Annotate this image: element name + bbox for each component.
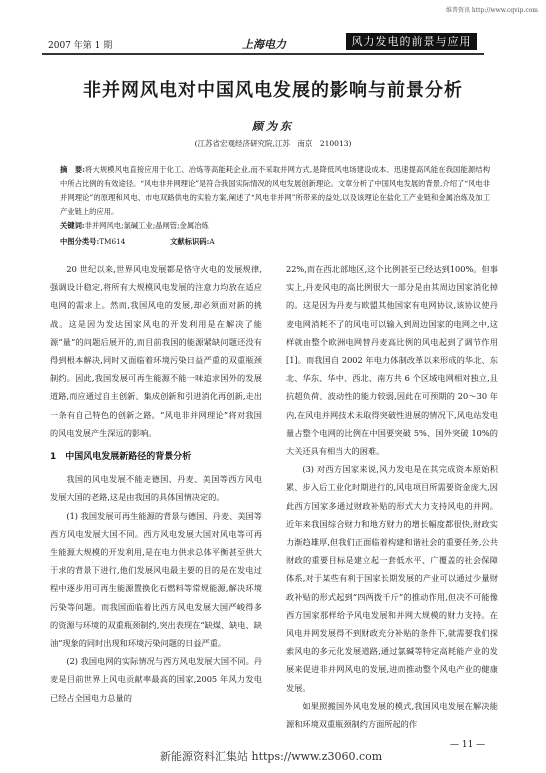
journal-name: 上海电力 <box>242 36 286 52</box>
keywords-text: 非并网风电;氯碱工业;晶闸管;金属冶炼 <box>85 221 209 230</box>
header-divider <box>42 53 484 55</box>
section-heading: 1 中国风电发展新路径的背景分析 <box>50 448 262 466</box>
column-banner: 风力发电的前景与应用 <box>346 33 477 50</box>
doc-code-label: 文献标识码: <box>170 237 209 246</box>
page-number: — 11 — <box>450 740 485 750</box>
abstract-text: 将大规模风电直接应用于化工、冶炼等高能耗企业,而不采取并网方式,是降低风电场建设… <box>60 165 490 216</box>
paragraph: 20 世纪以来,世界风电发展都是恪守火电的发展规律,强调设计稳定,将所有大规模风… <box>50 260 262 442</box>
clc-label: 中图分类号: <box>60 237 99 246</box>
paragraph: (3) 对西方国家来说,风力发电是在其完成资本原始积累、步入后工业化时期进行的,… <box>286 460 498 697</box>
source-watermark: 维普资讯 http://www.cqvip.com <box>446 5 538 14</box>
paragraph: 我国的风电发展不能走德国、丹麦、美国等西方风电发展大国的老路,这是由我国的具体国… <box>50 470 262 506</box>
paragraph: (1) 我国发展可再生能源的背景与德国、丹麦、美国等西方风电发展大国不同。西方风… <box>50 507 262 653</box>
paragraph: 如果照搬国外风电发展的模式,我国风电发展在解决能源和环境双重瓶颈制约方面所起的作 <box>286 697 498 733</box>
article-title: 非并网风电对中国风电发展的影响与前景分析 <box>0 76 546 102</box>
right-column: 22%,而在西北部地区,这个比例甚至已经达到100%。但事实上,丹麦风电的高比例… <box>286 260 498 733</box>
issue-label: 2007 年第 1 期 <box>48 38 112 51</box>
footer-watermark: 新能源资料汇集站 https://www.z3060.com <box>160 748 382 764</box>
clc-value: TM614 <box>99 237 125 246</box>
abstract: 摘 要:将大规模风电直接应用于化工、冶炼等高能耗企业,而不采取并网方式,是降低风… <box>60 163 490 219</box>
abstract-label: 摘 要: <box>60 165 85 174</box>
author: 顾为东 <box>0 118 546 134</box>
affiliation: (江苏省宏观经济研究院,江苏 南京 210013) <box>0 138 546 149</box>
classification: 中图分类号:TM614 文献标识码:A <box>60 237 215 247</box>
keywords-label: 关键词: <box>60 221 85 230</box>
left-column: 20 世纪以来,世界风电发展都是恪守火电的发展规律,强调设计稳定,将所有大规模风… <box>50 260 262 707</box>
keywords: 关键词:非并网风电;氯碱工业;晶闸管;金属冶炼 <box>60 221 209 231</box>
paragraph: (2) 我国电网的实际情况与西方风电发展大国不同。丹麦是目前世界上风电贡献率最高… <box>50 652 262 707</box>
doc-code-value: A <box>209 237 214 246</box>
paragraph: 22%,而在西北部地区,这个比例甚至已经达到100%。但事实上,丹麦风电的高比例… <box>286 260 498 460</box>
